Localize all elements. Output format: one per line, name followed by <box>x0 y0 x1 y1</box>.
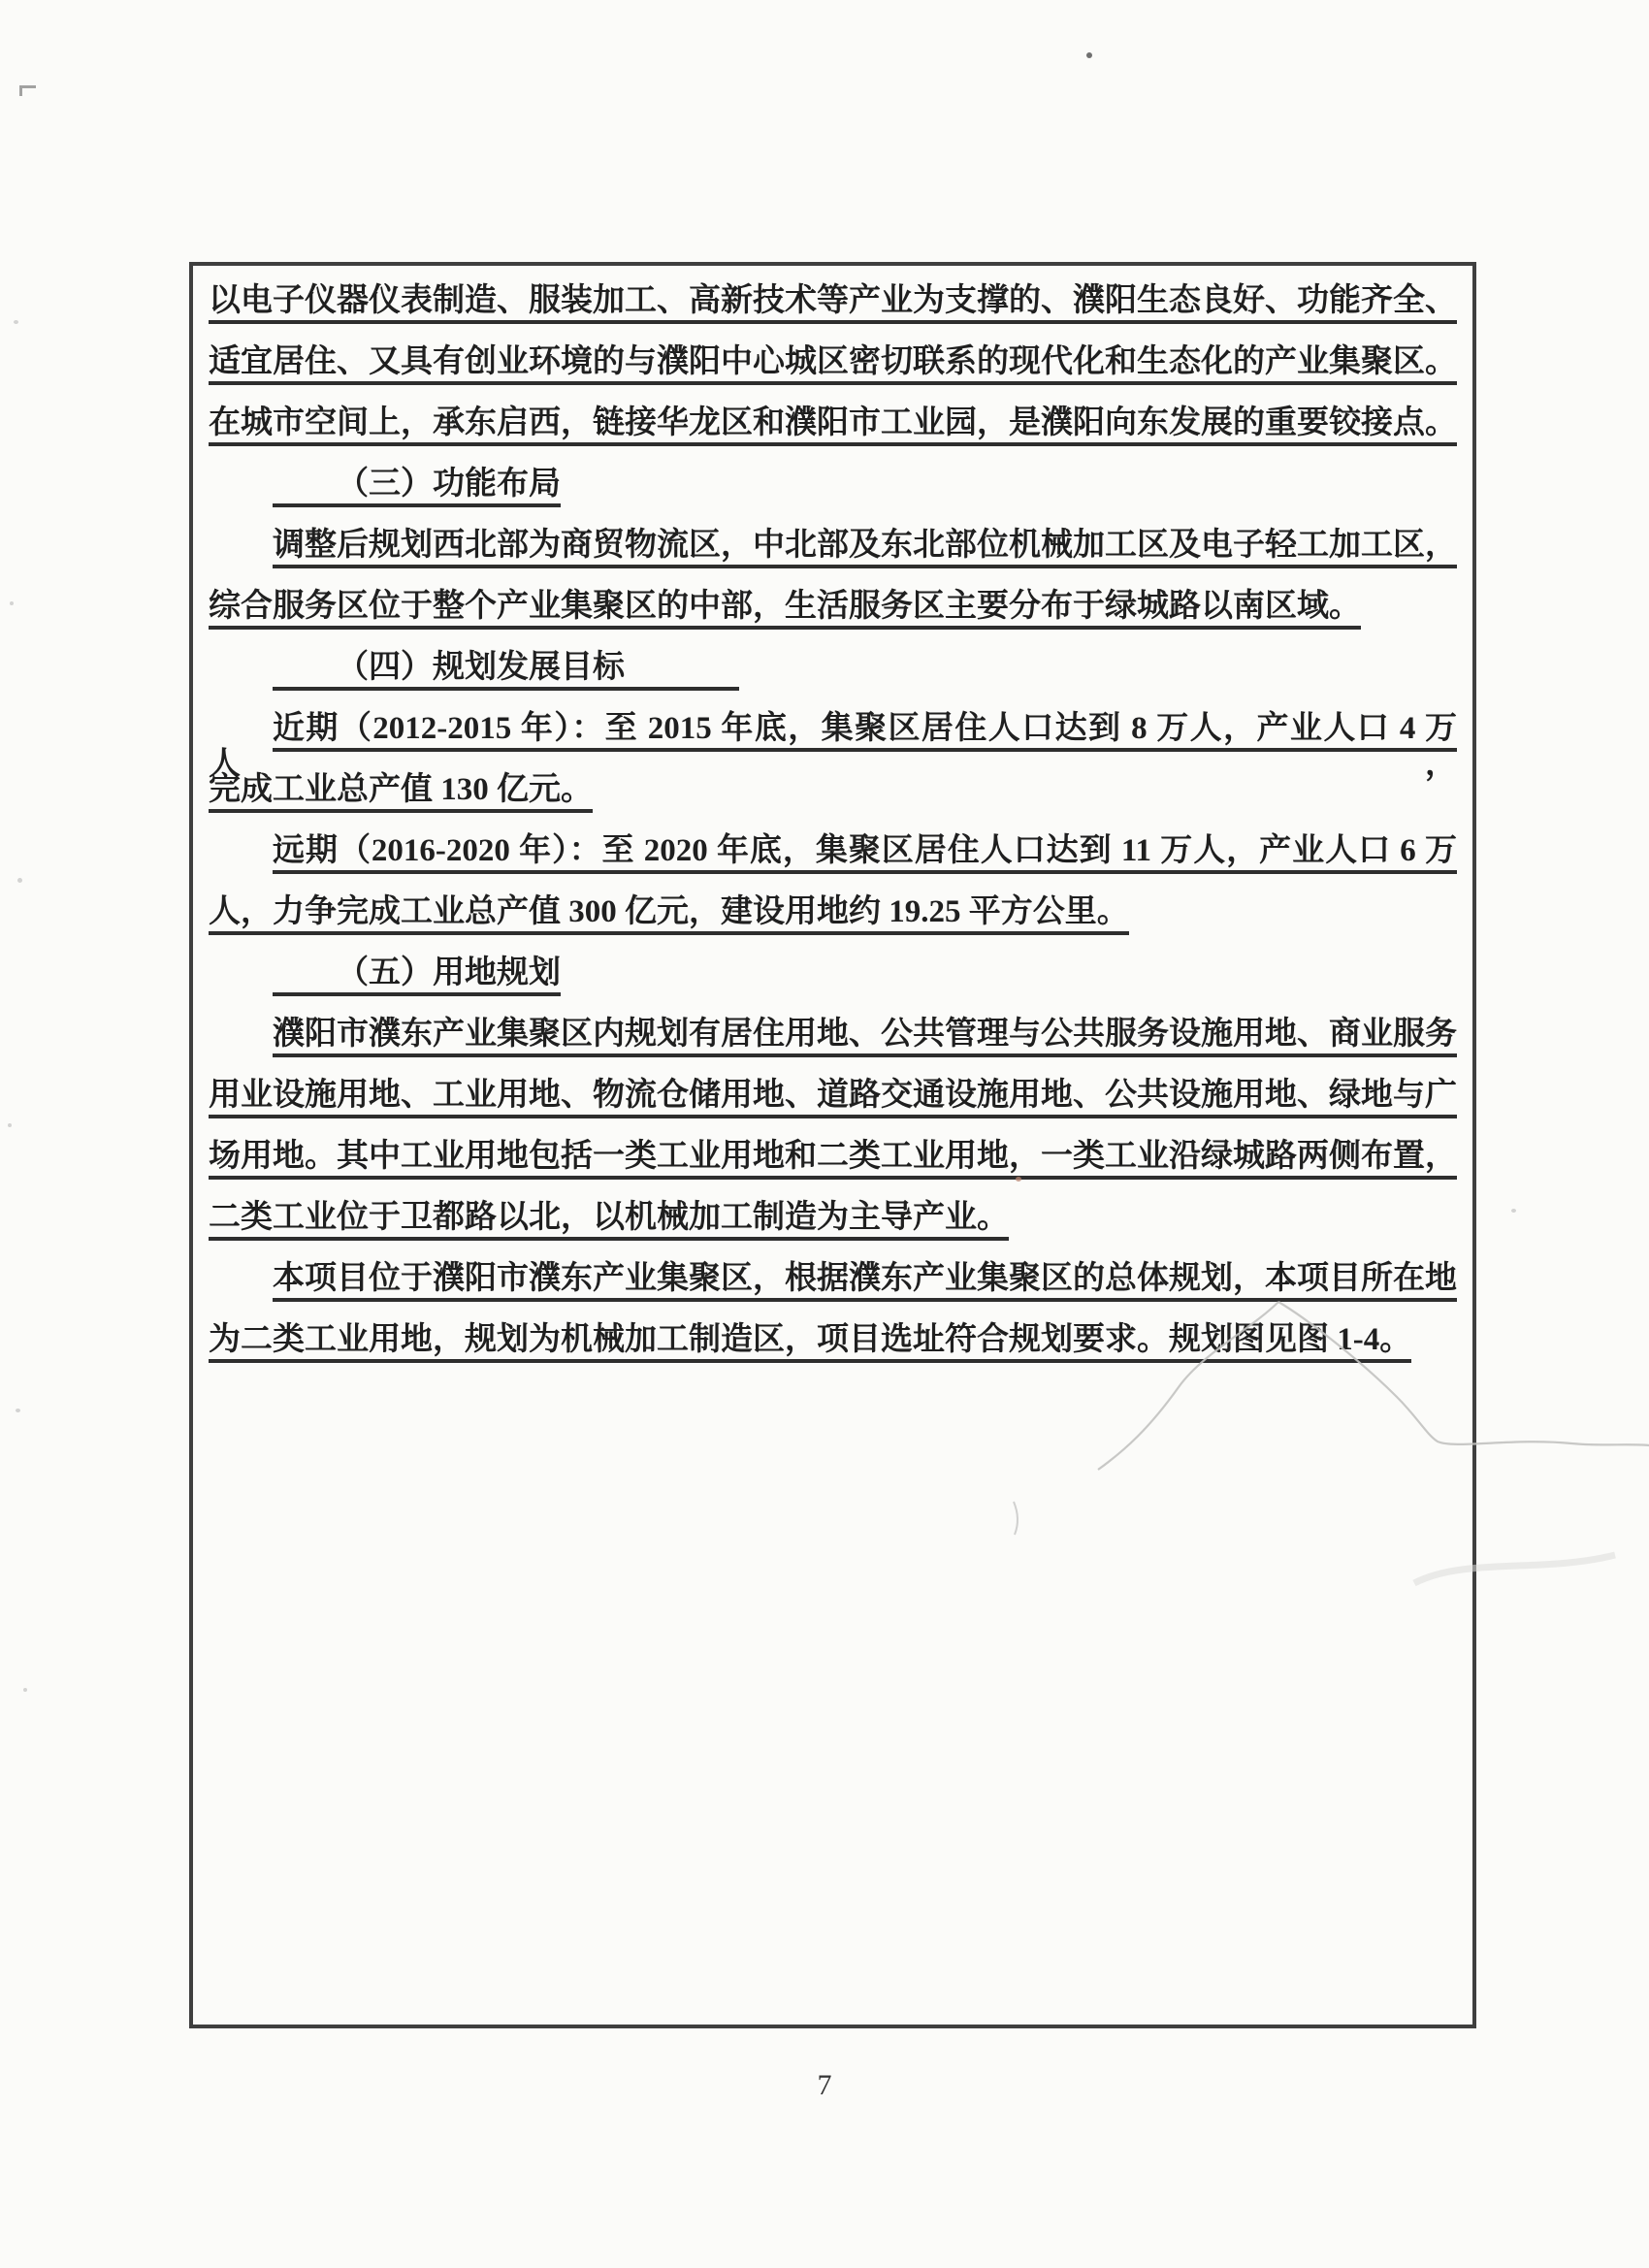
text-line: 二类工业位于卫都路以北，以机械加工制造为主导产业。 <box>209 1200 1457 1261</box>
text-line: 场用地。其中工业用地包括一类工业用地和二类工业用地，一类工业沿绿城路两侧布置， <box>209 1139 1457 1200</box>
scan-speck <box>1511 1209 1516 1213</box>
scan-speck <box>23 1688 27 1692</box>
text-line: 完成工业总产值 130 亿元。 <box>209 772 1457 833</box>
text-area: 以电子仪器仪表制造、服装加工、高新技术等产业为支撑的、濮阳生态良好、功能齐全、 … <box>209 283 1457 1383</box>
scan-speck <box>16 1409 20 1412</box>
section-heading: （五）用地规划 <box>209 956 1457 1017</box>
text-line: 以电子仪器仪表制造、服装加工、高新技术等产业为支撑的、濮阳生态良好、功能齐全、 <box>209 283 1457 344</box>
text-line: 适宜居住、又具有创业环境的与濮阳中心城区密切联系的现代化和生态化的产业集聚区。 <box>209 344 1457 405</box>
scan-speck <box>1016 1177 1021 1182</box>
scan-speck <box>19 85 36 96</box>
scan-speck <box>10 601 14 605</box>
text-line: 综合服务区位于整个产业集聚区的中部，生活服务区主要分布于绿城路以南区域。 <box>209 589 1457 650</box>
section-heading: （四）规划发展目标 <box>209 650 1457 711</box>
scan-speck <box>8 1123 12 1127</box>
text-line: 濮阳市濮东产业集聚区内规划有居住用地、公共管理与公共服务设施用地、商业服务 <box>209 1017 1457 1078</box>
page-number: 7 <box>0 2069 1649 2102</box>
text-line: 调整后规划西北部为商贸物流区，中北部及东北部位机械加工区及电子轻工加工区， <box>209 528 1457 589</box>
text-line: 近期（2012-2015 年）：至 2015 年底，集聚区居住人口达到 8 万人… <box>209 711 1457 772</box>
text-line: 人，力争完成工业总产值 300 亿元，建设用地约 19.25 平方公里。 <box>209 894 1457 956</box>
text-line: 本项目位于濮阳市濮东产业集聚区，根据濮东产业集聚区的总体规划，本项目所在地 <box>209 1261 1457 1322</box>
scan-speck <box>17 878 22 883</box>
text-line: 在城市空间上，承东启西，链接华龙区和濮阳市工业园，是濮阳向东发展的重要铰接点。 <box>209 405 1457 467</box>
section-heading: （三）功能布局 <box>209 467 1457 528</box>
scanned-document-page: 以电子仪器仪表制造、服装加工、高新技术等产业为支撑的、濮阳生态良好、功能齐全、 … <box>0 0 1649 2268</box>
scan-speck <box>1086 52 1092 58</box>
text-line: 远期（2016-2020 年）：至 2020 年底，集聚区居住人口达到 11 万… <box>209 833 1457 894</box>
text-line: 为二类工业用地，规划为机械加工制造区，项目选址符合规划要求。规划图见图 1-4。 <box>209 1322 1457 1383</box>
content-border-box: 以电子仪器仪表制造、服装加工、高新技术等产业为支撑的、濮阳生态良好、功能齐全、 … <box>189 262 1476 2028</box>
scan-speck <box>14 320 18 324</box>
text-line: 用业设施用地、工业用地、物流仓储用地、道路交通设施用地、公共设施用地、绿地与广 <box>209 1078 1457 1139</box>
